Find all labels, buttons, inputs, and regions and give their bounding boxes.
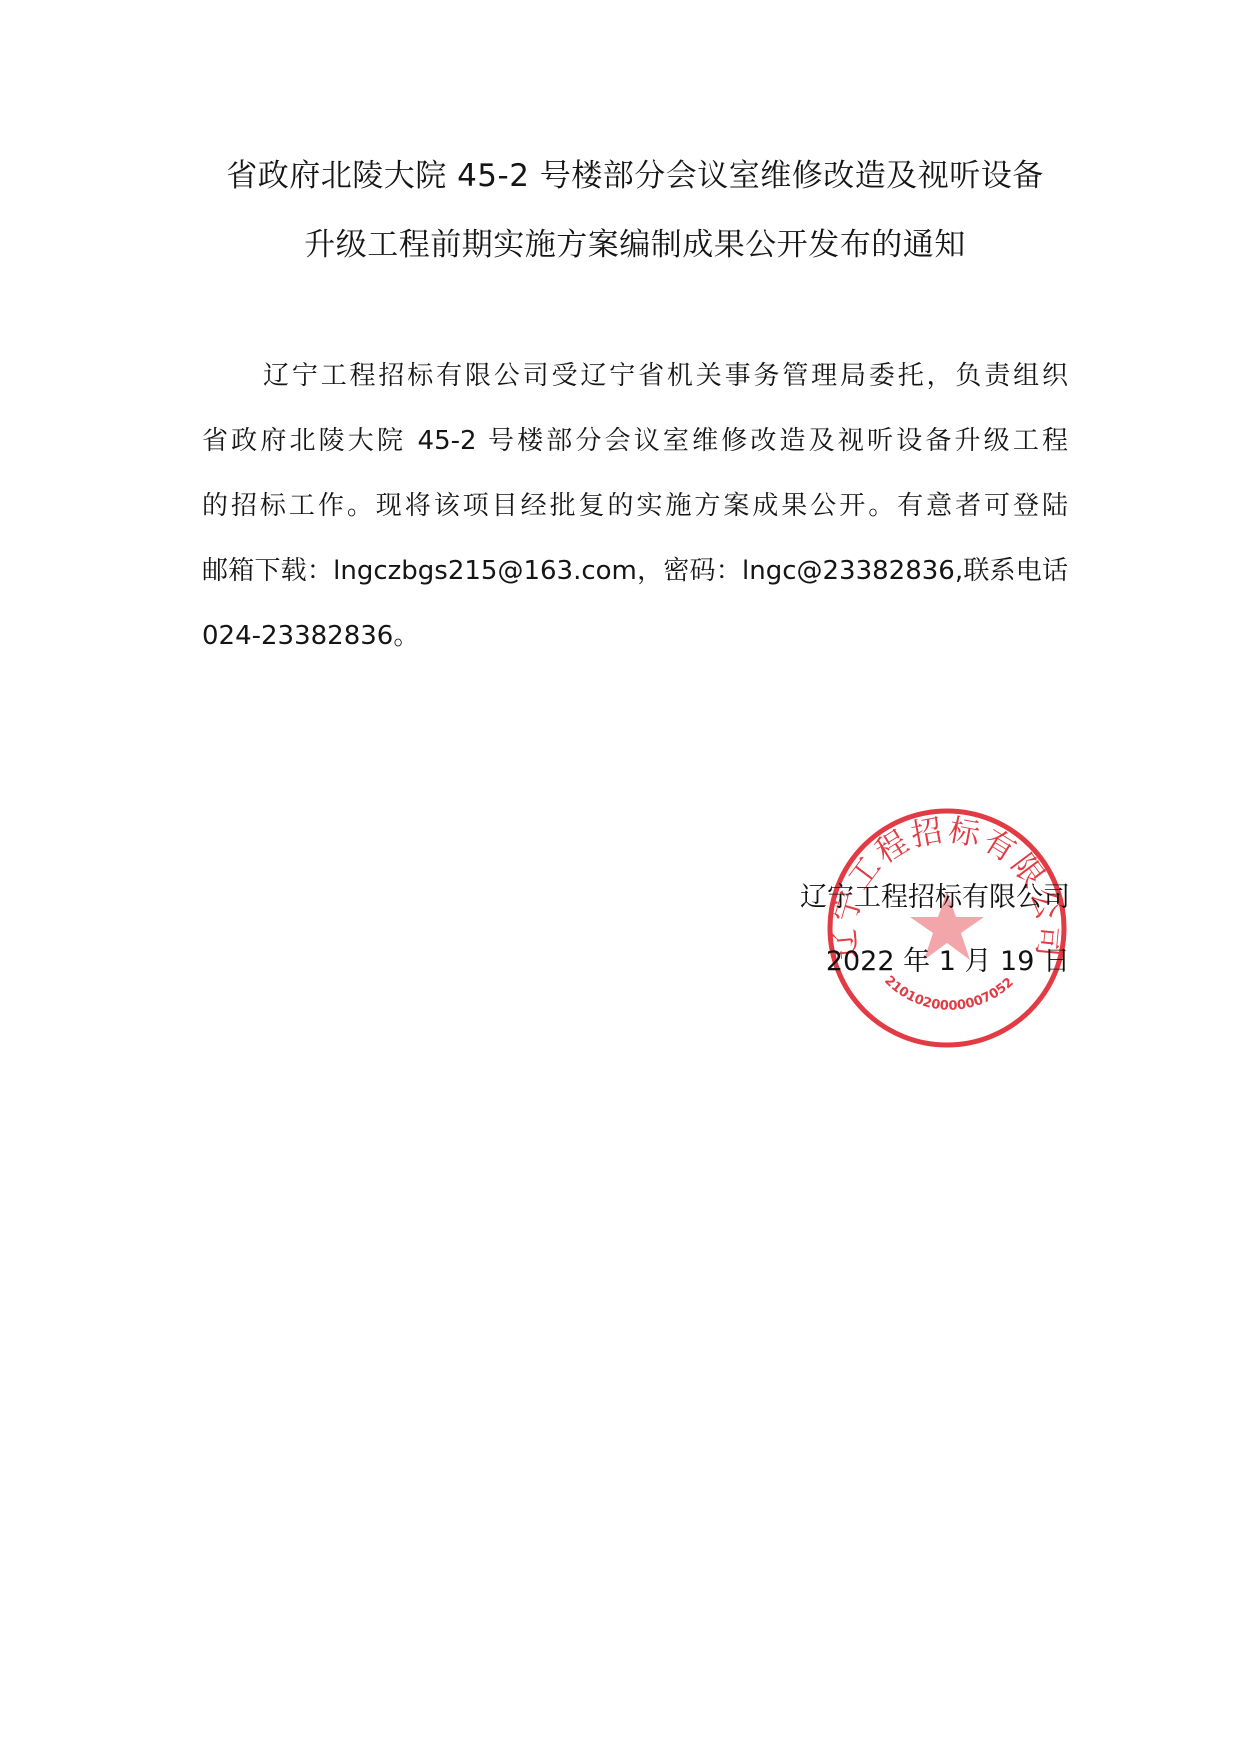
- body-paragraph-line-3: 的招标工作。现将该项目经批复的实施方案成果公开。有意者可登陆: [202, 488, 1068, 524]
- company-seal-stamp: 辽宁工程招标有限公司 2101020000007052: [822, 803, 1072, 1053]
- signature-date: 2022 年 1 月 19 日: [770, 944, 1070, 980]
- body-paragraph-line-2: 省政府北陵大院 45-2 号楼部分会议室维修改造及视听设备升级工程: [202, 423, 1068, 459]
- document-title-line-1: 省政府北陵大院 45-2 号楼部分会议室维修改造及视听设备: [200, 156, 1070, 196]
- body-paragraph-line-5: 024-23382836。: [202, 618, 1068, 654]
- body-paragraph-line-1: 辽宁工程招标有限公司受辽宁省机关事务管理局委托，负责组织: [263, 358, 1068, 394]
- body-paragraph-line-4: 邮箱下载：lngczbgs215@163.com，密码：lngc@2338283…: [202, 553, 1068, 589]
- document-title-line-2: 升级工程前期实施方案编制成果公开发布的通知: [200, 225, 1070, 265]
- document-page: 省政府北陵大院 45-2 号楼部分会议室维修改造及视听设备 升级工程前期实施方案…: [0, 0, 1240, 1754]
- signature-organization: 辽宁工程招标有限公司: [770, 880, 1070, 916]
